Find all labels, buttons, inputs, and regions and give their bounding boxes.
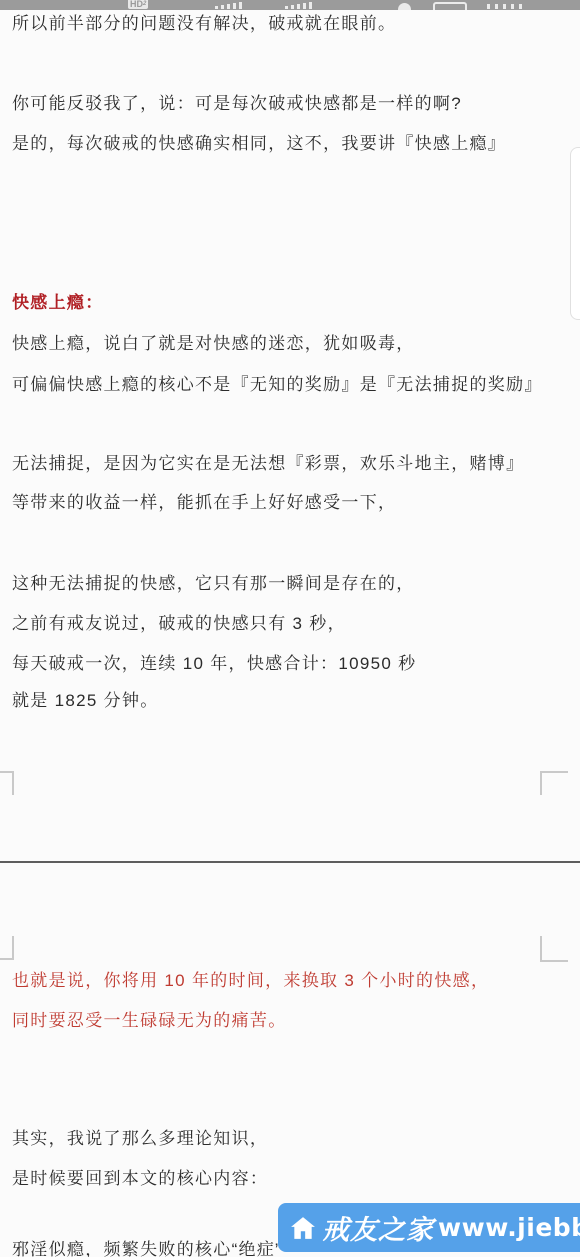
hd-label: HD [130, 0, 143, 9]
watermark-site-url: www.jiebbs.cn [438, 1213, 580, 1242]
paragraph: 所以前半部分的问题没有解决，破戒就在眼前。 [12, 13, 396, 35]
paragraph: 可偏偏快感上瘾的核心不是『无知的奖励』是『无法捕捉的奖励』 [12, 374, 543, 396]
page-corner-mark [540, 936, 568, 962]
paragraph: 这种无法捕捉的快感，它只有那一瞬间是存在的， [12, 573, 415, 595]
page-corner-mark [540, 771, 568, 795]
paragraph: 你可能反驳我了，说：可是每次破戒快感都是一样的啊? [12, 93, 462, 115]
paragraph-red: 同时要忍受一生碌碌无为的痛苦。 [12, 1010, 287, 1032]
watermark-site-name: 戒友之家 [322, 1208, 434, 1247]
paragraph: 其实，我说了那么多理论知识， [12, 1128, 268, 1150]
section-heading: 快感上瘾： [12, 292, 104, 314]
paragraph: 无法捕捉，是因为它实在是无法想『彩票，欢乐斗地主，赌博』 [12, 453, 524, 475]
wifi-signal-icon [285, 0, 315, 9]
paragraph: 等带来的收益一样，能抓在手上好好感受一下， [12, 492, 396, 514]
clock-icon [398, 3, 411, 10]
hd-sub-label: 2 [143, 1, 146, 7]
paragraph: 就是 1825 分钟。 [12, 690, 159, 712]
page-divider [0, 861, 580, 863]
signal-bars-icon [215, 0, 245, 9]
paragraph: 快感上瘾，说白了就是对快感的迷恋，犹如吸毒， [12, 333, 415, 355]
time-ticks-icon [487, 0, 527, 9]
paragraph-red: 也就是说，你将用 10 年的时间，来换取 3 个小时的快感， [12, 970, 489, 992]
site-watermark: 戒友之家 www.jiebbs.cn [278, 1203, 580, 1252]
hd-voice-icon: HD2 [128, 0, 148, 9]
paragraph: 是时候要回到本文的核心内容： [12, 1168, 268, 1190]
paragraph: 是的，每次破戒的快感确实相同，这不，我要讲『快感上瘾』 [12, 133, 506, 155]
battery-icon [433, 2, 467, 10]
status-bar: HD2 [0, 0, 580, 10]
house-icon [290, 1215, 316, 1241]
page-corner-mark [0, 936, 14, 960]
paragraph: 之前有戒友说过，破戒的快感只有 3 秒， [12, 613, 346, 635]
page-corner-mark [0, 771, 14, 795]
paragraph: 每天破戒一次，连续 10 年，快感合计：10950 秒 [12, 653, 416, 675]
paragraph: 邪淫似瘾，频繁失败的核心“绝症” [12, 1239, 282, 1257]
scrollbar-thumb[interactable] [570, 147, 580, 320]
